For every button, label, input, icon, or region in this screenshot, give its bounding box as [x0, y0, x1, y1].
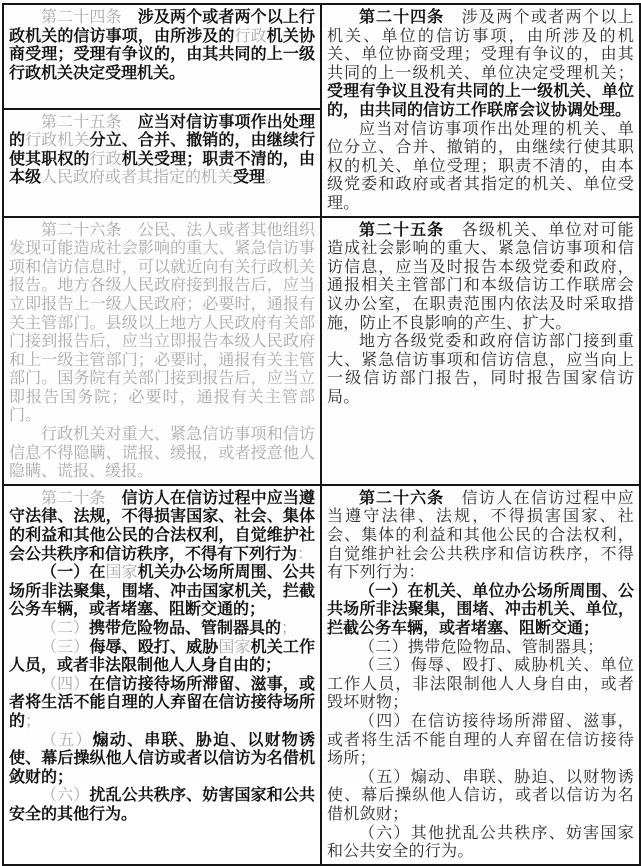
text-segment: （三）侮辱、殴打、威胁机关、单位工作人员，非法限制他人人身自由，或者毁坏财物； [327, 655, 634, 711]
paragraph: 第二十五条 各级机关、单位对可能造成社会影响的重大、紧急信访事项和信访信息，应当… [327, 221, 634, 333]
text-segment: （二）携带危险物品、管制器具； [359, 637, 604, 656]
text-segment: 携带危险物品、管制器具的 [89, 618, 281, 637]
text-segment: 。 [265, 167, 281, 186]
text-segment: （一）在机关、单位办公场所周围、公共场所非法聚集，围堵、冲击机关、单位，拦截公务… [327, 581, 634, 637]
text-segment: 行政 [235, 26, 267, 45]
paragraph: 第二十六条 公民、法人或者其他组织发现可能造成社会影响的重大、紧急信访事项和信访… [9, 221, 315, 426]
text-segment: （五） [41, 730, 93, 749]
text-segment: 国家 [218, 637, 250, 656]
law-comparison-table: 第二十四条 涉及两个或者两个以上行政机关的信访事项，由所涉及的行政机关协商受理；… [2, 3, 641, 866]
paragraph: （一）在国家机关办公场所周围、公共场所非法聚集，围堵、冲击国家机关，拦截公务车辆… [9, 563, 315, 619]
text-segment: （六） [41, 785, 89, 804]
text-segment: （二） [41, 618, 89, 637]
paragraph: 地方各级党委和政府信访部门接到重大、紧急信访事项和信访信息，应当向上一级信访部门… [327, 332, 634, 406]
text-segment: （六）其他扰乱公共秩序、妨害国家和公共安全的行为。 [327, 823, 634, 861]
old-law-article-25-cell: 第二十五条 应当对信访事项作出处理的行政机关分立、合并、撤销的，由继续行使其职权… [3, 109, 321, 217]
table-row: 第二十六条 公民、法人或者其他组织发现可能造成社会影响的重大、紧急信访事项和信访… [3, 217, 640, 485]
text-segment: （三） [41, 637, 89, 656]
text-segment: 第二十四条 [41, 7, 122, 26]
table-row: 第二十条 信访人在信访过程中应当遵守法律、法规，不得损害国家、社会、集体的利益和… [3, 485, 640, 865]
text-segment: 受理 [233, 167, 265, 186]
old-law-article-24-cell: 第二十四条 涉及两个或者两个以上行政机关的信访事项，由所涉及的行政机关协商受理；… [3, 4, 321, 109]
new-law-article-26-cell: 第二十六条 信访人在信访过程中应当遵守法律、法规，不得损害国家、社会、集体的利益… [321, 485, 640, 865]
document-page: 第二十四条 涉及两个或者两个以上行政机关的信访事项，由所涉及的行政机关协商受理；… [0, 0, 641, 782]
paragraph: （三）侮辱、殴打、威胁国家机关工作人员，或者非法限制他人人身自由的； [9, 638, 315, 675]
text-segment: （四）在信访接待场所滞留、滋事，或者将生活不能自理的人弃留在信访接待场所； [327, 711, 634, 767]
text-segment: 第二十四条 [359, 7, 444, 26]
text-segment: （一）在 [41, 562, 106, 581]
paragraph: （二）携带危险物品、管制器具； [327, 638, 634, 657]
paragraph: 第二十六条 信访人在信访过程中应当遵守法律、法规，不得损害国家、社会、集体的利益… [327, 489, 634, 582]
paragraph: （五）煽动、串联、胁迫、以财物诱使、幕后操纵他人信访或者以信访为名借机敛财的； [9, 731, 315, 787]
text-segment: 应当对信访事项作出处理的机关、单位分立、合并、撤销的，由继续行使其职权的机关、单… [327, 119, 634, 212]
paragraph: 第二十四条 涉及两个或者两个以上行政机关的信访事项，由所涉及的行政机关协商受理；… [9, 8, 315, 82]
paragraph: （二）携带危险物品、管制器具的； [9, 619, 315, 638]
text-segment: 国家 [106, 562, 138, 581]
paragraph: 第二十条 信访人在信访过程中应当遵守法律、法规，不得损害国家、社会、集体的利益和… [9, 489, 315, 563]
table-row: 第二十四条 涉及两个或者两个以上行政机关的信访事项，由所涉及的行政机关协商受理；… [3, 4, 640, 109]
text-segment: （四） [41, 674, 89, 693]
text-segment: 行政 [90, 149, 122, 168]
paragraph: （三）侮辱、殴打、威胁机关、单位工作人员，非法限制他人人身自由，或者毁坏财物； [327, 656, 634, 712]
paragraph: （五）煽动、串联、胁迫、以财物诱使、幕后操纵他人信访，或者以信访为名借机敛财； [327, 768, 634, 824]
text-segment: 第二十六条 公民、法人或者其他组织发现可能造成社会影响的重大、紧急信访事项和信访… [9, 220, 315, 425]
paragraph: （六）扰乱公共秩序、妨害国家和公共安全的其他行为。 [9, 786, 315, 823]
new-law-article-25-cell: 第二十五条 各级机关、单位对可能造成社会影响的重大、紧急信访事项和信访信息，应当… [321, 217, 640, 485]
paragraph: （一）在机关、单位办公场所周围、公共场所非法聚集，围堵、冲击机关、单位，拦截公务… [327, 582, 634, 638]
text-segment: （五）煽动、串联、胁迫、以财物诱使、幕后操纵他人信访，或者以信访为名借机敛财； [327, 767, 634, 823]
text-segment: ； [281, 618, 297, 637]
text-segment: 第二十五条 [359, 220, 444, 239]
text-segment: 受理有争议且没有共同的上一级机关、单位的，由共同的信访工作联席会议协调处理。 [327, 81, 634, 119]
text-segment: 地方各级党委和政府信访部门接到重大、紧急信访事项和信访信息，应当向上一级信访部门… [327, 331, 634, 406]
text-segment: 第二十五条 [41, 112, 122, 131]
text-segment: 第二十六条 [359, 488, 444, 507]
paragraph: 第二十四条 涉及两个或者两个以上机关、单位的信访事项，由所涉及的机关、单位协商受… [327, 8, 634, 120]
paragraph: 应当对信访事项作出处理的机关、单位分立、合并、撤销的，由继续行使其职权的机关、单… [327, 120, 634, 213]
paragraph: （六）其他扰乱公共秩序、妨害国家和公共安全的行为。 [327, 824, 634, 861]
text-segment: 行政机关 [25, 130, 89, 149]
text-segment: 人民政府或者其指定的机关 [41, 167, 233, 186]
paragraph: 第二十五条 应当对信访事项作出处理的行政机关分立、合并、撤销的，由继续行使其职权… [9, 113, 315, 187]
text-segment: 第二十条 [41, 488, 106, 507]
paragraph: （四）在信访接待场所滞留、滋事，或者将生活不能自理的人弃留在信访接待场所； [327, 712, 634, 768]
paragraph: （四）在信访接待场所滞留、滋事，或者将生活不能自理的人弃留在信访接待场所的； [9, 675, 315, 731]
text-segment: ： [297, 544, 313, 563]
paragraph: 行政机关对重大、紧急信访事项和信访信息不得隐瞒、谎报、缓报，或者授意他人隐瞒、谎… [9, 425, 315, 481]
old-law-article-26-cell: 第二十六条 公民、法人或者其他组织发现可能造成社会影响的重大、紧急信访事项和信访… [3, 217, 321, 485]
text-segment: 行政机关对重大、紧急信访事项和信访信息不得隐瞒、谎报、缓报，或者授意他人隐瞒、谎… [9, 424, 315, 480]
text-segment: 侮辱、殴打、威胁 [89, 637, 218, 656]
text-segment: ； [25, 711, 41, 730]
new-law-article-24-cell: 第二十四条 涉及两个或者两个以上机关、单位的信访事项，由所涉及的机关、单位协商受… [321, 4, 640, 217]
old-law-article-20-cell: 第二十条 信访人在信访过程中应当遵守法律、法规，不得损害国家、社会、集体的利益和… [3, 485, 321, 865]
